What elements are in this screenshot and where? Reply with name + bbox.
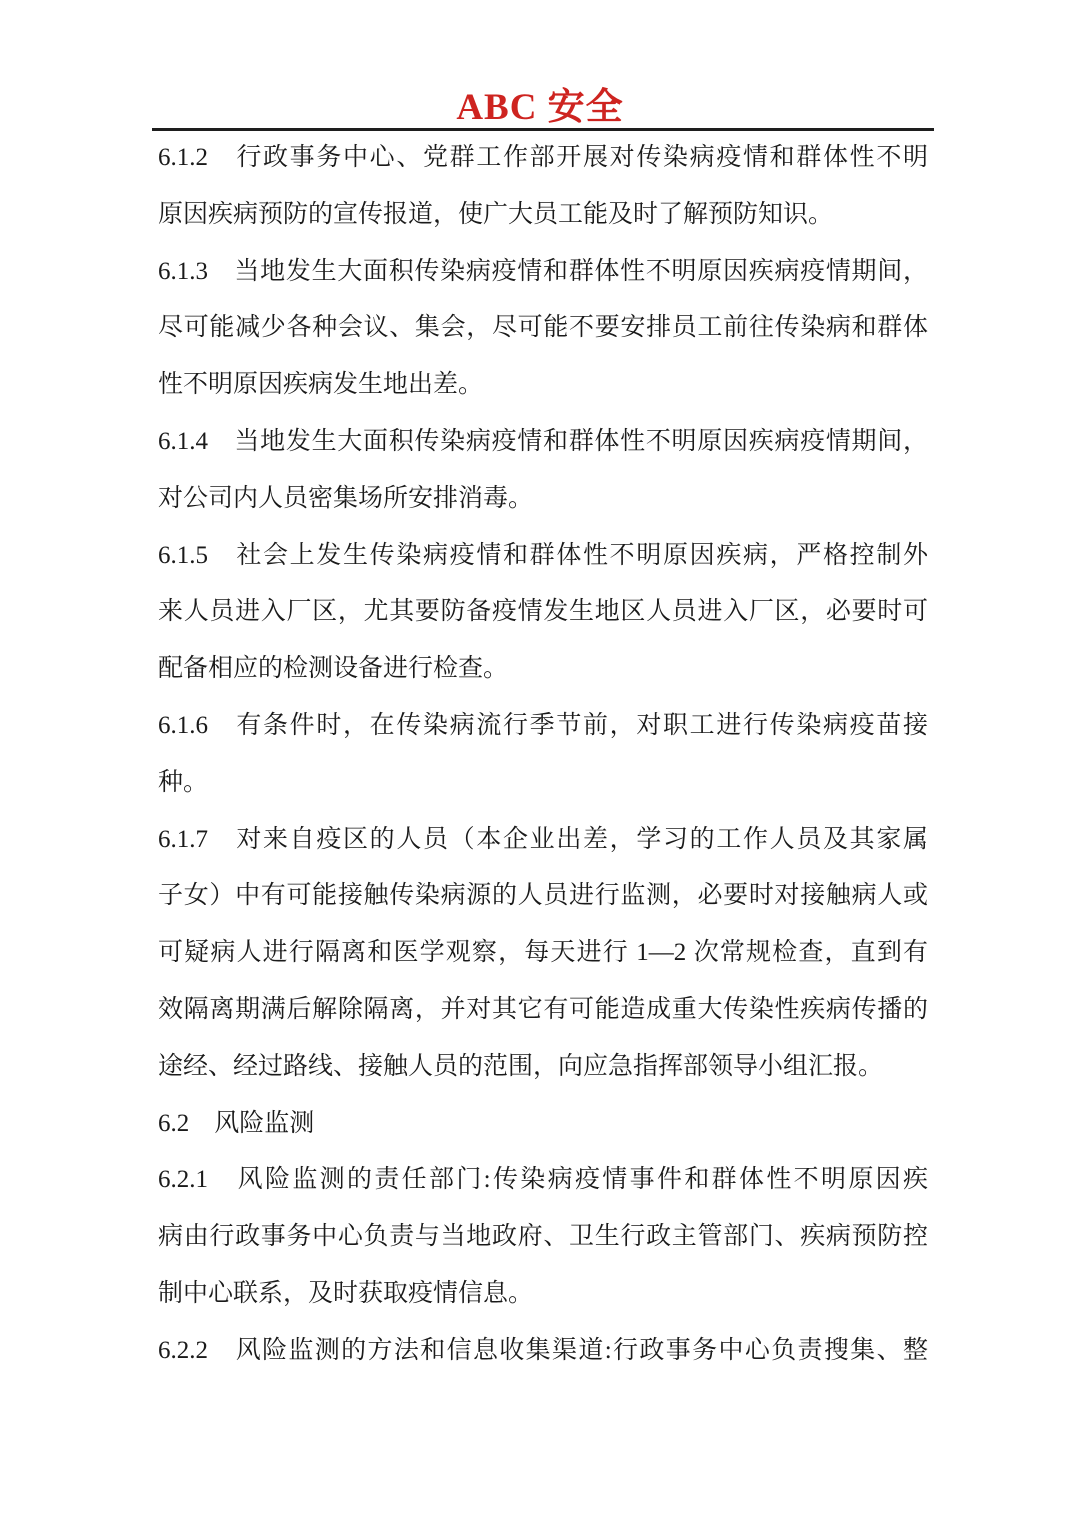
paragraph-6.2.2: 6.2.2 风险监测的方法和信息收集渠道:行政事务中心负责搜集、整	[158, 1323, 928, 1380]
page-title: ABC 安全	[0, 76, 1080, 130]
paragraph-6.1.3: 6.1.3 当地发生大面积传染病疫情和群体性不明原因疾病疫情期间，尽可能减少各种…	[158, 244, 928, 414]
paragraph-6.1.6: 6.1.6 有条件时，在传染病流行季节前，对职工进行传染病疫苗接种。	[158, 698, 928, 812]
paragraph-6.1.5: 6.1.5 社会上发生传染病疫情和群体性不明原因疾病，严格控制外来人员进入厂区，…	[158, 528, 928, 698]
text-line: 6.2.1 风险监测的责任部门:传染病疫情事件和群体性不明原因疾	[158, 1152, 928, 1209]
text-line: 原因疾病预防的宣传报道，使广大员工能及时了解预防知识。	[158, 187, 928, 244]
text-line: 尽可能减少各种会议、集会，尽可能不要安排员工前往传染病和群体	[158, 300, 928, 357]
text-line: 对公司内人员密集场所安排消毒。	[158, 471, 928, 528]
paragraph-6.2.1: 6.2.1 风险监测的责任部门:传染病疫情事件和群体性不明原因疾病由行政事务中心…	[158, 1152, 928, 1322]
text-line: 6.1.2 行政事务中心、党群工作部开展对传染病疫情和群体性不明	[158, 130, 928, 187]
text-line: 配备相应的检测设备进行检查。	[158, 641, 928, 698]
document-page: ABC 安全 6.1.2 行政事务中心、党群工作部开展对传染病疫情和群体性不明原…	[0, 0, 1080, 1527]
text-line: 性不明原因疾病发生地出差。	[158, 357, 928, 414]
text-line: 病由行政事务中心负责与当地政府、卫生行政主管部门、疾病预防控	[158, 1209, 928, 1266]
text-line: 6.1.4 当地发生大面积传染病疫情和群体性不明原因疾病疫情期间，	[158, 414, 928, 471]
text-line: 子女）中有可能接触传染病源的人员进行监测，必要时对接触病人或	[158, 868, 928, 925]
document-body: 6.1.2 行政事务中心、党群工作部开展对传染病疫情和群体性不明原因疾病预防的宣…	[158, 130, 928, 1380]
paragraph-6.1.2: 6.1.2 行政事务中心、党群工作部开展对传染病疫情和群体性不明原因疾病预防的宣…	[158, 130, 928, 244]
paragraph-6.1.7: 6.1.7 对来自疫区的人员（本企业出差，学习的工作人员及其家属子女）中有可能接…	[158, 812, 928, 1096]
text-line: 来人员进入厂区，尤其要防备疫情发生地区人员进入厂区，必要时可	[158, 584, 928, 641]
paragraph-6.2: 6.2 风险监测	[158, 1096, 928, 1153]
text-line: 6.2.2 风险监测的方法和信息收集渠道:行政事务中心负责搜集、整	[158, 1323, 928, 1380]
text-line: 可疑病人进行隔离和医学观察，每天进行 1—2 次常规检查，直到有	[158, 925, 928, 982]
text-line: 效隔离期满后解除隔离，并对其它有可能造成重大传染性疾病传播的	[158, 982, 928, 1039]
text-line: 6.1.3 当地发生大面积传染病疫情和群体性不明原因疾病疫情期间，	[158, 244, 928, 301]
text-line: 6.1.5 社会上发生传染病疫情和群体性不明原因疾病，严格控制外	[158, 528, 928, 585]
paragraph-6.1.4: 6.1.4 当地发生大面积传染病疫情和群体性不明原因疾病疫情期间，对公司内人员密…	[158, 414, 928, 528]
text-line: 6.2 风险监测	[158, 1096, 928, 1153]
text-line: 制中心联系，及时获取疫情信息。	[158, 1266, 928, 1323]
text-line: 途经、经过路线、接触人员的范围，向应急指挥部领导小组汇报。	[158, 1039, 928, 1096]
text-line: 6.1.6 有条件时，在传染病流行季节前，对职工进行传染病疫苗接	[158, 698, 928, 755]
text-line: 6.1.7 对来自疫区的人员（本企业出差，学习的工作人员及其家属	[158, 812, 928, 869]
text-line: 种。	[158, 755, 928, 812]
